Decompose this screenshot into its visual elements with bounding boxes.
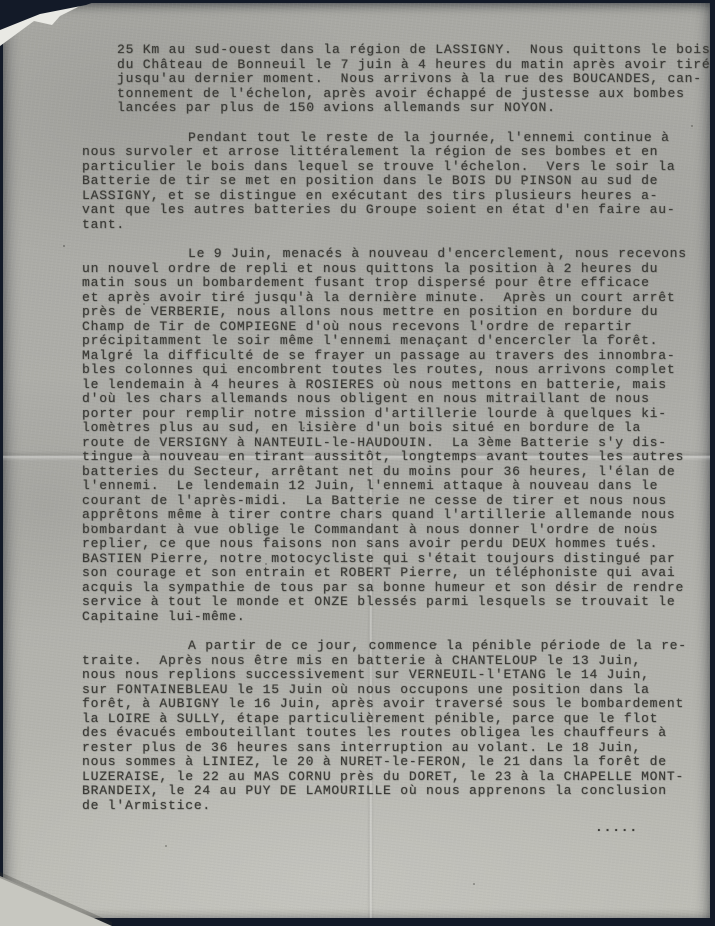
typewritten-text: 25 Km au sud-ouest dans la région de LAS… bbox=[82, 43, 711, 828]
text-line: tonnement de l'échelon, après avoir écha… bbox=[117, 87, 711, 102]
text-line: acquis la sympathie de tous par sa bonne… bbox=[82, 581, 711, 596]
text-line: son courage et son entrain et ROBERT Pie… bbox=[82, 566, 711, 581]
text-line: vant que les autres batteries du Groupe … bbox=[82, 203, 711, 218]
text-line: porter pour remplir notre mission d'arti… bbox=[82, 407, 711, 422]
text-line: LASSIGNY, et se distingue en exécutant d… bbox=[82, 189, 711, 204]
text-line: tingue à nouveau en tirant aussitôt, lon… bbox=[82, 450, 711, 465]
text-line: Capitaine lui-même. bbox=[82, 610, 711, 625]
text-line: un nouvel ordre de repli et nous quitton… bbox=[82, 262, 711, 277]
text-line: tant. bbox=[82, 218, 711, 233]
text-line: précipitamment le soir même l'ennemi men… bbox=[82, 334, 711, 349]
text-line: du Château de Bonneuil le 7 juin à 4 heu… bbox=[117, 58, 711, 73]
ellipsis-dots: ..... bbox=[595, 821, 638, 836]
text-line: apprêtons même à tirer contre chars quan… bbox=[82, 508, 711, 523]
paragraph: 25 Km au sud-ouest dans la région de LAS… bbox=[117, 43, 711, 116]
text-line: Batterie de tir se met en position dans … bbox=[82, 174, 711, 189]
text-line: de l'Armistice. bbox=[82, 799, 711, 814]
text-line: matin sous un bombardement fusant trop d… bbox=[82, 276, 711, 291]
text-line: près de VERBERIE, nous allons nous mettr… bbox=[82, 305, 711, 320]
text-line: route de VERSIGNY à NANTEUIL-le-HAUDOUIN… bbox=[82, 436, 711, 451]
text-line: bles colonnes qui encombrent toutes les … bbox=[82, 363, 711, 378]
text-line: le lendemain à 4 heures à ROSIERES où no… bbox=[82, 378, 711, 393]
text-line: des évacués embouteillant toutes les rou… bbox=[82, 726, 711, 741]
paragraph: Le 9 Juin, menacés à nouveau d'encerclem… bbox=[82, 247, 711, 624]
text-line: nous nous replions successivement sur VE… bbox=[82, 668, 711, 683]
text-line: Pendant tout le reste de la journée, l'e… bbox=[82, 131, 711, 146]
text-line: lancées par plus de 150 avions allemands… bbox=[117, 101, 711, 116]
paragraph: Pendant tout le reste de la journée, l'e… bbox=[82, 131, 711, 233]
text-line: particulier le bois dans lequel se trouv… bbox=[82, 160, 711, 175]
text-line: replier, ce que nous faisons non sans av… bbox=[82, 537, 711, 552]
text-line: LUZERAISE, le 22 au MAS CORNU près du DO… bbox=[82, 770, 711, 785]
text-line: lomètres plus au sud, en lisière d'un bo… bbox=[82, 421, 711, 436]
text-line: traite. Après nous être mis en batterie … bbox=[82, 654, 711, 669]
text-line: et après avoir tiré jusqu'à la dernière … bbox=[82, 291, 711, 306]
text-line: jusqu'au dernier moment. Nous arrivons à… bbox=[117, 72, 711, 87]
text-line: rester plus de 36 heures sans interrupti… bbox=[82, 741, 711, 756]
paragraph: A partir de ce jour, commence la pénible… bbox=[82, 639, 711, 813]
text-line: la LOIRE à SULLY, étape particulièrement… bbox=[82, 712, 711, 727]
text-line: batteries du Secteur, arrêtant net du mo… bbox=[82, 465, 711, 480]
text-line: BRANDEIX, le 24 au PUY DE LAMOURILLE où … bbox=[82, 784, 711, 799]
text-line: Malgré la difficulté de se frayer un pas… bbox=[82, 349, 711, 364]
text-line: service à tout le monde et ONZE blessés … bbox=[82, 595, 711, 610]
text-line: Champ de Tir de COMPIEGNE d'où nous rece… bbox=[82, 320, 711, 335]
text-line: nous survoler et arrose littéralement la… bbox=[82, 145, 711, 160]
text-line: l'ennemi. Le lendemain 12 Juin, l'ennemi… bbox=[82, 479, 711, 494]
text-line: Le 9 Juin, menacés à nouveau d'encerclem… bbox=[82, 247, 711, 262]
text-line: bombardant à vue oblige le Commandant à … bbox=[82, 523, 711, 538]
text-line: forêt, à AUBIGNY le 16 Juin, après avoir… bbox=[82, 697, 711, 712]
text-line: nous sommes à LINIEZ, le 20 à NURET-le-F… bbox=[82, 755, 711, 770]
scanned-page: 25 Km au sud-ouest dans la région de LAS… bbox=[0, 0, 715, 926]
text-line: courant de l'après-midi. La Batterie ne … bbox=[82, 494, 711, 509]
text-line: BASTIEN Pierre, notre motocycliste qui s… bbox=[82, 552, 711, 567]
text-line: d'où les chars allemands nous obligent e… bbox=[82, 392, 711, 407]
text-line: A partir de ce jour, commence la pénible… bbox=[82, 639, 711, 654]
text-line: sur FONTAINEBLEAU le 15 Juin où nous occ… bbox=[82, 683, 711, 698]
text-line: 25 Km au sud-ouest dans la région de LAS… bbox=[117, 43, 711, 58]
paper: 25 Km au sud-ouest dans la région de LAS… bbox=[3, 3, 710, 918]
